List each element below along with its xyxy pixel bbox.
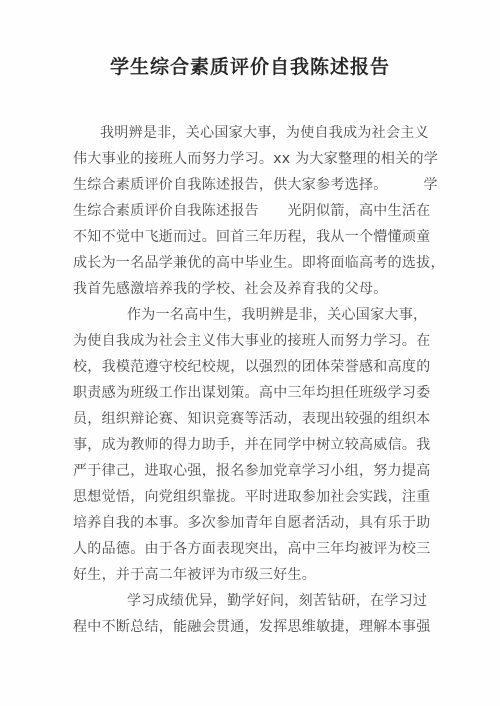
text-line: 员，组织辩论赛、知识竞赛等活动，表现出较强的组织本: [73, 406, 437, 432]
document-title: 学生综合素质评价自我陈述报告: [0, 52, 500, 79]
text-line: 严于律己，进取心强，报名参加党章学习小组，努力提高: [73, 458, 437, 484]
text-line: 作为一名高中生，我明辨是非，关心国家大事，: [73, 302, 437, 328]
text-line: 培养自我的本事。多次参加青年自愿者活动，具有乐于助: [73, 510, 437, 536]
text-line: 伟大事业的接班人而努力学习。xx 为大家整理的相关的学: [73, 146, 437, 172]
text-line: 职责感为班级工作出谋划策。高中三年均担任班级学习委: [73, 380, 437, 406]
text-line: 生综合素质评价自我陈述报告 光阴似箭，高中生活在: [73, 198, 437, 224]
text-line: 我首先感激培养我的学校、社会及养育我的父母。: [73, 276, 437, 302]
text-line: 思想觉悟，向党组织靠拢。平时进取参加社会实践，注重: [73, 484, 437, 510]
text-line: 好生，并于高二年被评为市级三好生。: [73, 562, 437, 588]
text-line: 为使自我成为社会主义伟大事业的接班人而努力学习。在: [73, 328, 437, 354]
text-line: 生综合素质评价自我陈述报告，供大家参考选择。 学: [73, 172, 437, 198]
document-page: 学生综合素质评价自我陈述报告 我明辨是非，关心国家大事，为使自我成为社会主义 伟…: [0, 0, 500, 706]
text-line: 程中不断总结，能融会贯通，发挥思维敏捷，理解本事强: [73, 614, 437, 640]
text-line: 事，成为教师的得力助手，并在同学中树立较高威信。我: [73, 432, 437, 458]
text-line: 学习成绩优异，勤学好问，刻苦钻研，在学习过: [73, 588, 437, 614]
text-line: 校，我模范遵守校纪校规，以强烈的团体荣誉感和高度的: [73, 354, 437, 380]
text-line: 我明辨是非，关心国家大事，为使自我成为社会主义: [73, 120, 437, 146]
text-line: 不知不觉中飞逝而过。回首三年历程，我从一个懵懂顽童: [73, 224, 437, 250]
document-body: 我明辨是非，关心国家大事，为使自我成为社会主义 伟大事业的接班人而努力学习。xx…: [73, 120, 437, 640]
text-line: 人的品德。由于各方面表现突出，高中三年均被评为校三: [73, 536, 437, 562]
text-line: 成长为一名品学兼优的高中毕业生。即将面临高考的选拔，: [73, 250, 437, 276]
